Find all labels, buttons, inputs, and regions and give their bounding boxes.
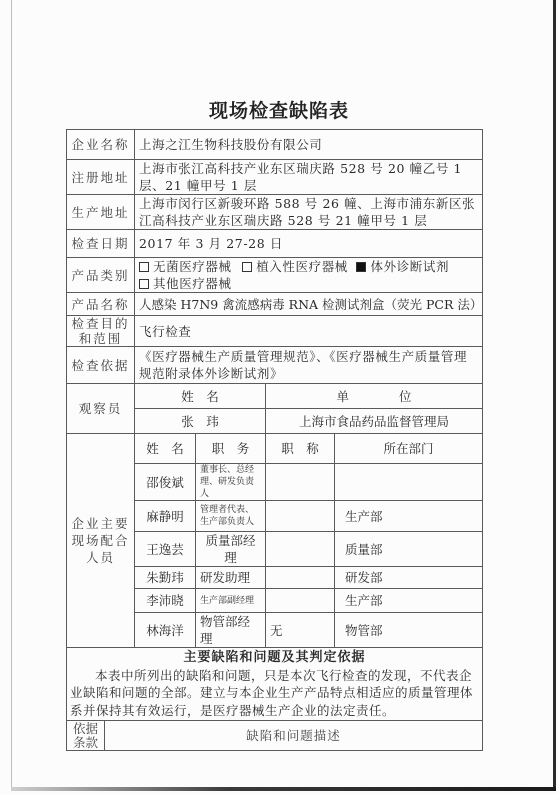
staff-title	[266, 464, 335, 501]
option-implant: 植入性医疗器械	[242, 259, 348, 274]
product-category-options: 无菌医疗器械 植入性医疗器械 体外诊断试剂 其他医疗器械	[135, 258, 483, 293]
row-staff-header: 企业主要现场配合人员 姓 名 职 务 职 称 所在部门	[67, 434, 483, 464]
staff-header-department: 所在部门	[335, 434, 483, 464]
staff-position: 物管部经理	[196, 613, 266, 648]
header-basis-clause: 依据条款	[67, 721, 105, 751]
label-staff: 企业主要现场配合人员	[67, 434, 135, 648]
label-observer: 观察员	[67, 384, 135, 434]
staff-name: 麻静明	[135, 501, 196, 532]
defects-table: 依据条款 缺陷和问题描述	[66, 720, 483, 751]
option-label: 其他医疗器械	[153, 276, 232, 291]
staff-department: 生产部	[335, 501, 483, 532]
option-label: 植入性医疗器械	[256, 259, 348, 274]
inspection-basis: 《医疗器械生产质量管理规范》、《医疗器械生产质量管理规范附录体外诊断试剂》	[135, 347, 483, 384]
checkbox-unchecked-icon	[139, 279, 149, 289]
product-name: 人感染 H7N9 禽流感病毒 RNA 检测试剂盒（荧光 PCR 法）	[135, 293, 483, 316]
staff-title	[266, 567, 335, 589]
checkbox-unchecked-icon	[139, 262, 149, 272]
staff-name: 朱勤玮	[135, 567, 196, 589]
staff-name: 王逸芸	[135, 532, 196, 567]
staff-position: 管理者代表、生产部负责人	[196, 501, 266, 532]
staff-title	[266, 501, 335, 532]
defects-header-row: 依据条款 缺陷和问题描述	[67, 721, 483, 751]
inspection-defect-table: 企业名称 上海之江生物科技股份有限公司 注册地址 上海市张江高科技产业东区瑞庆路…	[66, 129, 482, 751]
staff-title	[266, 589, 335, 613]
row-inspection-basis: 检查依据 《医疗器械生产质量管理规范》、《医疗器械生产质量管理规范附录体外诊断试…	[67, 347, 483, 384]
staff-department: 研发部	[335, 567, 483, 589]
purpose-scope: 飞行检查	[135, 316, 483, 347]
header-defect-description: 缺陷和问题描述	[105, 721, 483, 751]
staff-position: 质量部经理	[196, 532, 266, 567]
checkbox-checked-icon	[356, 262, 366, 272]
checkbox-unchecked-icon	[242, 262, 252, 272]
row-company-name: 企业名称 上海之江生物科技股份有限公司	[67, 130, 483, 160]
row-production-address: 生产地址 上海市闵行区新骏环路 588 号 26 幢、上海市浦东新区张江高科技产…	[67, 195, 483, 230]
staff-position: 董事长、总经理、研发负责人	[196, 464, 266, 501]
row-product-category: 产品类别 无菌医疗器械 植入性医疗器械 体外诊断试剂 其他医疗器械	[67, 258, 483, 293]
staff-name: 林海洋	[135, 613, 196, 648]
page-edge	[11, 787, 556, 791]
section-title: 主要缺陷和问题及其判定依据	[70, 649, 479, 667]
label-product-name: 产品名称	[67, 293, 135, 316]
observer-unit-header: 单 位	[266, 384, 483, 409]
option-sterile: 无菌医疗器械	[139, 259, 232, 274]
option-other: 其他医疗器械	[139, 276, 232, 291]
staff-department: 物管部	[335, 613, 483, 648]
staff-department: 质量部	[335, 532, 483, 567]
option-label: 体外诊断试剂	[370, 259, 449, 274]
staff-position: 研发助理	[196, 567, 266, 589]
label-company-name: 企业名称	[67, 130, 135, 160]
production-address: 上海市闵行区新骏环路 588 号 26 幢、上海市浦东新区张江高科技产业东区瑞庆…	[135, 195, 483, 230]
row-purpose-scope: 检查目的和范围 飞行检查	[67, 316, 483, 347]
label-purpose-scope: 检查目的和范围	[67, 316, 135, 347]
option-ivd: 体外诊断试剂	[356, 259, 449, 274]
staff-department	[335, 464, 483, 501]
inspection-date: 2017 年 3 月 27-28 日	[135, 230, 483, 258]
row-registered-address: 注册地址 上海市张江高科技产业东区瑞庆路 528 号 20 幢乙号 1 层、21…	[67, 160, 483, 195]
page-title: 现场检查缺陷表	[0, 96, 558, 123]
row-inspection-date: 检查日期 2017 年 3 月 27-28 日	[67, 230, 483, 258]
staff-position: 生产部副经理	[196, 589, 266, 613]
notice-text: 本表中所列出的缺陷和问题，只是本次飞行检查的发现，不代表企业缺陷和问题的全部。建…	[70, 667, 479, 720]
row-defects-section: 主要缺陷和问题及其判定依据 本表中所列出的缺陷和问题，只是本次飞行检查的发现，不…	[67, 648, 483, 721]
staff-title: 无	[266, 613, 335, 648]
staff-header-position: 职 务	[196, 434, 266, 464]
label-registered-address: 注册地址	[67, 160, 135, 195]
label-inspection-date: 检查日期	[67, 230, 135, 258]
row-product-name: 产品名称 人感染 H7N9 禽流感病毒 RNA 检测试剂盒（荧光 PCR 法）	[67, 293, 483, 316]
label-inspection-basis: 检查依据	[67, 347, 135, 384]
staff-name: 邵俊斌	[135, 464, 196, 501]
label-product-category: 产品类别	[67, 258, 135, 293]
row-observer-header: 观察员 姓 名 单 位	[67, 384, 483, 409]
registered-address: 上海市张江高科技产业东区瑞庆路 528 号 20 幢乙号 1 层、21 幢甲号 …	[135, 160, 483, 195]
staff-name: 李沛晓	[135, 589, 196, 613]
option-label: 无菌医疗器械	[153, 259, 232, 274]
observer-name-header: 姓 名	[135, 384, 266, 409]
company-name: 上海之江生物科技股份有限公司	[135, 130, 483, 160]
staff-header-title: 职 称	[266, 434, 335, 464]
staff-title	[266, 532, 335, 567]
staff-header-name: 姓 名	[135, 434, 196, 464]
staff-department: 生产部	[335, 589, 483, 613]
observer-unit: 上海市食品药品监督管理局	[266, 409, 483, 434]
observer-name: 张 玮	[135, 409, 266, 434]
label-production-address: 生产地址	[67, 195, 135, 230]
defects-section: 主要缺陷和问题及其判定依据 本表中所列出的缺陷和问题，只是本次飞行检查的发现，不…	[67, 648, 483, 721]
